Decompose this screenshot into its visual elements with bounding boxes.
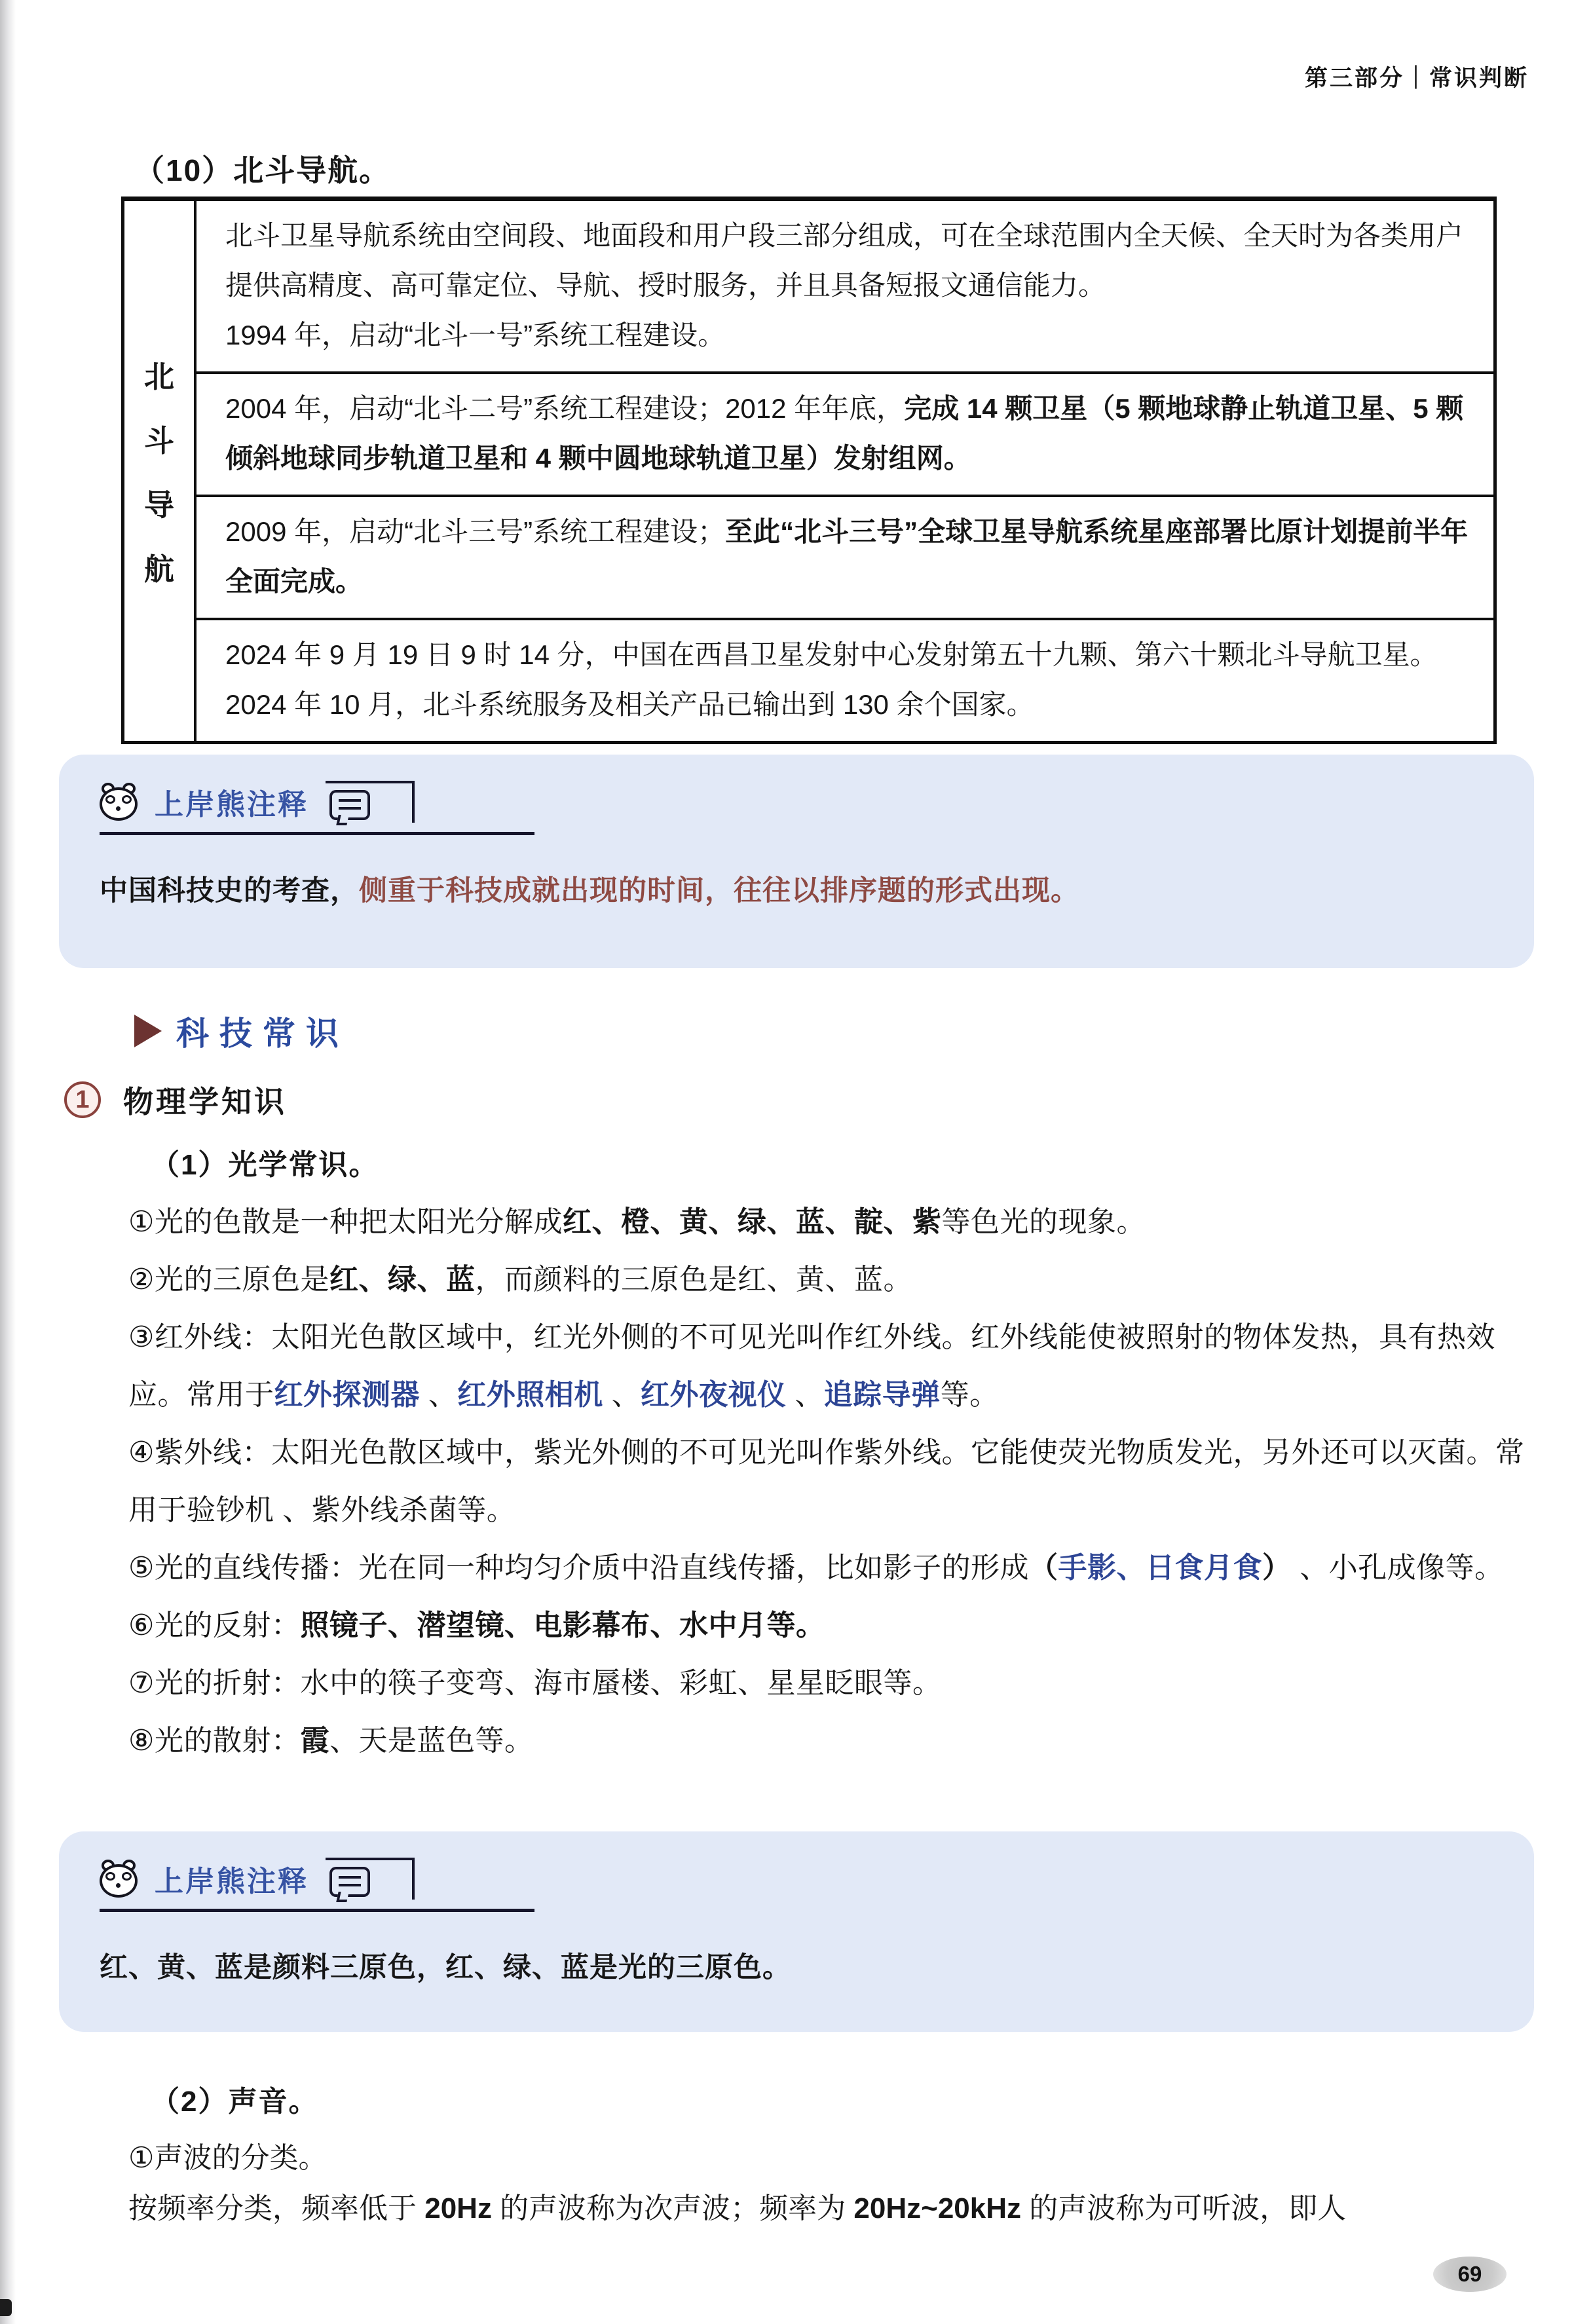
- callout-title: 上岸熊注释: [155, 1858, 309, 1900]
- callout-title: 上岸熊注释: [155, 781, 309, 823]
- table-row: 2009 年，启动“北斗三号”系统工程建设；至此“北斗三号”全球卫星导航系统星座…: [197, 497, 1493, 620]
- table-body: 北斗卫星导航系统由空间段、地面段和用户段三部分组成，可在全球范围内全天候、全天时…: [197, 201, 1493, 741]
- beidou-table: 北 斗 导 航 北斗卫星导航系统由空间段、地面段和用户段三部分组成，可在全球范围…: [121, 197, 1497, 744]
- speech-bubble-icon: [329, 790, 370, 820]
- row-header-char: 斗: [144, 417, 174, 460]
- scan-artifact: [0, 2299, 12, 2316]
- list-item: ⑦光的折射：水中的筷子变弯、海市蜃楼、彩虹、星星眨眼等。: [128, 1655, 1537, 1712]
- list-item: ⑤光的直线传播：光在同一种均匀介质中沿直线传播，比如影子的形成（手影、日食月食）…: [128, 1539, 1537, 1597]
- table-row: 2024 年 9 月 19 日 9 时 14 分，中国在西昌卫星发射中心发射第五…: [197, 620, 1493, 741]
- sound-heading: （2）声音。: [151, 2078, 318, 2120]
- page-number: 69: [1458, 2262, 1482, 2287]
- note-callout-box: 上岸熊注释 中国科技史的考查，侧重于科技成就出现的时间，往往以排序题的形式出现。: [59, 755, 1534, 968]
- triangle-bullet-icon: [134, 1015, 162, 1047]
- list-item: ④紫外线：太阳光色散区域中，紫光外侧的不可见光叫作紫外线。它能使荧光物质发光，另…: [128, 1424, 1537, 1539]
- row-header-char: 导: [144, 481, 174, 525]
- row-header-char: 北: [144, 353, 174, 396]
- document-page: 第三部分｜常识判断 （10）北斗导航。 北 斗 导 航 北斗卫星导航系统由空间段…: [0, 0, 1591, 2324]
- running-header: 第三部分｜常识判断: [1305, 60, 1529, 93]
- callout-text: 红、黄、蓝是颜料三原色，红、绿、蓝是光的三原色。: [100, 1947, 1493, 1988]
- callout-frame: [326, 1858, 415, 1900]
- callout-text: 中国科技史的考查，侧重于科技成就出现的时间，往往以排序题的形式出现。: [100, 871, 1493, 911]
- subsection-header: 1 物理学知识: [64, 1078, 287, 1121]
- circled-number-badge: 1: [64, 1081, 101, 1118]
- page-title: （10）北斗导航。: [134, 147, 390, 190]
- list-item: ①光的色散是一种把太阳光分解成红、橙、黄、绿、蓝、靛、紫等色光的现象。: [128, 1193, 1537, 1251]
- list-item: ③红外线：太阳光色散区域中，红光外侧的不可见光叫作红外线。红外线能使被照射的物体…: [128, 1309, 1537, 1424]
- table-row: 2004 年，启动“北斗二号”系统工程建设；2012 年年底，完成 14 颗卫星…: [197, 374, 1493, 497]
- optics-list: ①光的色散是一种把太阳光分解成红、橙、黄、绿、蓝、靛、紫等色光的现象。 ②光的三…: [128, 1193, 1537, 1770]
- sound-line: 按频率分类，频率低于 20Hz 的声波称为次声波；频率为 20Hz~20kHz …: [128, 2188, 1543, 2230]
- callout-header: 上岸熊注释: [100, 781, 534, 835]
- optics-heading: （1）光学常识。: [151, 1141, 379, 1183]
- page-number-badge: 69: [1433, 2257, 1507, 2292]
- speech-bubble-icon: [329, 1867, 370, 1897]
- subsection-title: 物理学知识: [123, 1078, 287, 1121]
- bear-face-icon: [100, 1860, 138, 1898]
- section-title: 科技常识: [176, 1007, 349, 1055]
- sound-line: ①声波的分类。: [128, 2134, 327, 2176]
- note-callout-box: 上岸熊注释 红、黄、蓝是颜料三原色，红、绿、蓝是光的三原色。: [59, 1831, 1534, 2032]
- scan-edge-shadow: [0, 0, 16, 2324]
- table-row-header: 北 斗 导 航: [124, 201, 197, 741]
- bear-face-icon: [100, 783, 138, 821]
- table-row: 北斗卫星导航系统由空间段、地面段和用户段三部分组成，可在全球范围内全天候、全天时…: [197, 201, 1493, 374]
- list-item: ⑧光的散射：霞、天是蓝色等。: [128, 1712, 1537, 1770]
- row-header-char: 航: [144, 546, 174, 589]
- section-header: 科技常识: [134, 1007, 349, 1055]
- callout-header: 上岸熊注释: [100, 1858, 534, 1912]
- list-item: ⑥光的反射：照镜子、潜望镜、电影幕布、水中月等。: [128, 1597, 1537, 1655]
- callout-frame: [326, 781, 415, 823]
- list-item: ②光的三原色是红、绿、蓝，而颜料的三原色是红、黄、蓝。: [128, 1251, 1537, 1309]
